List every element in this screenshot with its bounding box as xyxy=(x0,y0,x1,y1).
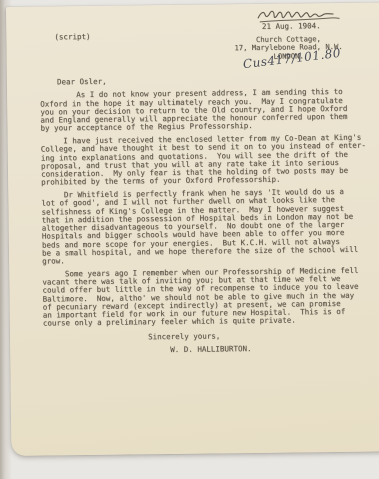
paragraph-4: Some years ago I remember when our Profe… xyxy=(42,266,379,328)
salutation: Dear Osler, xyxy=(57,74,376,86)
letter-paper: (script) 21 Aug. 1904. Church Cottage, 1… xyxy=(6,2,379,456)
letter-date: 21 Aug. 1904. xyxy=(236,21,346,31)
script-note: (script) xyxy=(54,32,90,41)
paragraph-1: As I do not know your present address, I… xyxy=(40,88,376,133)
signature: W. D. HALLIBURTON. xyxy=(170,343,379,354)
scanned-letter-page: { "colors": { "paper": "#ebe3cf", "typed… xyxy=(0,0,379,479)
paragraph-3: Dr Whitfield is perfectly frank when he … xyxy=(41,187,378,265)
paragraph-2: I have just received the enclosed letter… xyxy=(41,133,378,187)
letter-body: Dear Osler, As I do not know your presen… xyxy=(40,74,379,355)
closing: Sincerely yours, xyxy=(148,330,379,341)
